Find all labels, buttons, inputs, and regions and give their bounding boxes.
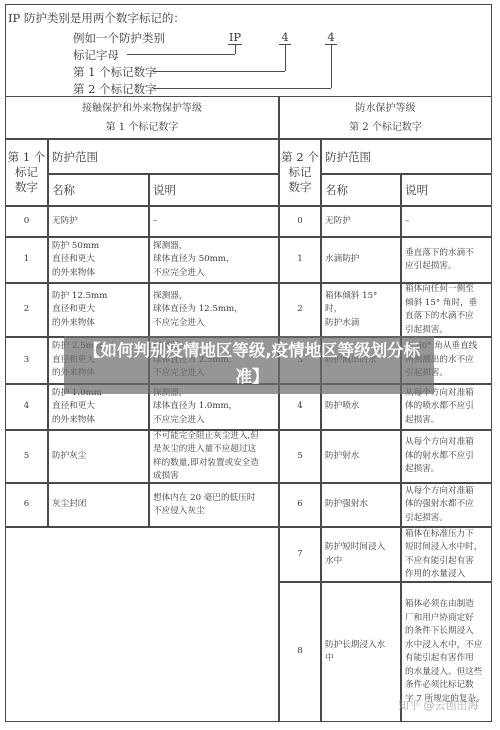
ip-code-diagram: IP 防护类别是用两个数字标记的： 例如一个防护类别 IP 4 4 标记字母 第… (5, 4, 492, 96)
leader-digit-1-v (285, 44, 286, 71)
leader-digit-2-v (331, 44, 332, 88)
right-row-desc: 垂直落下的水滴不应引起损害。 (401, 237, 492, 283)
right-row-digit: 2 (279, 283, 321, 337)
cell-line: 无防护 (52, 215, 78, 229)
right-row-desc: 从每个方向对准箱体的强射水都不应引起损害。 (401, 483, 492, 527)
cell-line: 从每个方向对准箱 (405, 485, 474, 499)
cell-line: 水中浸入水中，不应 (405, 639, 485, 653)
cell-line: 箱体向任何一侧至 (405, 283, 477, 297)
left-group-subtitle: 第 1 个标记数字 (106, 118, 179, 137)
right-row-desc: 箱体向任何一侧至倾斜 15° 角时，垂直落下的水滴不应引起损害。 (401, 283, 492, 337)
cell-line: 不可能完全阻止灰尘进入,但 (153, 430, 259, 444)
right-row-desc: – (401, 206, 492, 237)
cell-line: 引起损害。 (405, 324, 477, 338)
left-row-digit: 6 (5, 483, 48, 527)
cell-line: 防护长期浸入水 (325, 639, 385, 653)
right-row-name: 防护长期浸入水中 (321, 582, 401, 722)
left-row-desc: 探测器，球体直径为 50mm，不应完全进入 (149, 237, 279, 283)
right-col-digit-header: 第 2 个 标记 数字 (279, 139, 321, 206)
cell-line: 防护短时间浸入 (325, 541, 385, 555)
cell-line: 不应侵入灰尘 (153, 505, 255, 519)
cell-line: 体的射水都不应引 (405, 450, 474, 464)
left-row-name: 防护 12.5mm直径和更大的外来物体 (48, 283, 149, 337)
cell-line: 的水量浸入。但这些 (405, 666, 485, 680)
cell-line: 垂直落下的水滴不 (405, 247, 474, 261)
cell-line: 有能引起有害作用 (405, 652, 485, 666)
cell-line: 直径和更大 (52, 303, 107, 317)
cell-line: 防护喷水 (325, 400, 359, 414)
left-col-desc-header: 说明 (149, 174, 279, 206)
left-row-name: 无防护 (48, 206, 149, 237)
example-label: 例如一个防护类别 (73, 30, 165, 46)
cell-line: 短时间浸入水中时， (405, 541, 482, 555)
cell-line: 箱体必须在由制造 (405, 598, 485, 612)
left-row-desc: – (149, 206, 279, 237)
cell-line: 中 (325, 652, 385, 666)
cell-line: 不应完全进入 (153, 317, 243, 331)
left-row-digit: 3 (5, 337, 48, 384)
code-letters: IP (225, 30, 245, 44)
left-group-title: 接触保护和外来物保护等级 (82, 99, 202, 118)
header-line: 第 1 个 (8, 150, 46, 165)
label-letters: 标记字母 (73, 47, 119, 63)
header-line: 标记 (281, 165, 319, 180)
right-row-name: 防护射水 (321, 430, 401, 483)
cell-line: 水滴防护 (325, 253, 359, 267)
label-digit-2: 第 2 个标记数字 (73, 81, 157, 97)
cell-line: 水中 (325, 555, 385, 569)
cell-line: 防护 12.5mm (52, 290, 107, 304)
left-row-digit: 2 (5, 283, 48, 337)
cell-line: 直径和更大 (52, 400, 102, 414)
cell-line: 起损害。 (405, 463, 474, 477)
cell-line: 直径和更大 (52, 253, 99, 267)
cell-line: 应引起损害。 (405, 260, 474, 274)
cell-line: 的外来物体 (52, 414, 102, 428)
intro-title: IP 防护类别是用两个数字标记的： (8, 10, 185, 26)
right-col-name-header: 名称 (321, 174, 401, 206)
left-col-name-header: 名称 (48, 174, 149, 206)
left-row-desc: 探测器，球体直径为 12.5mm，不应完全进入 (149, 283, 279, 337)
left-row-digit: 5 (5, 430, 48, 483)
right-row-name: 防护强射水 (321, 483, 401, 527)
cell-line: 防护水滴 (325, 317, 397, 331)
header-line: 标记 (8, 165, 46, 180)
leader-digit-2 (153, 88, 331, 89)
left-row-desc: 不可能完全阻止灰尘进入,但是灰尘的进入量不应超过这样的数量,即对装置或安全造成损… (149, 430, 279, 483)
right-group-title: 防水保护等级 (356, 99, 416, 118)
cell-line: 防护 50mm (52, 240, 99, 254)
right-row-digit: 6 (279, 483, 321, 527)
name-label: 名称 (325, 182, 348, 198)
cell-line: 起损害。 (405, 414, 474, 428)
left-row-digit: 1 (5, 237, 48, 283)
cell-line: 的外来物体 (52, 267, 99, 281)
right-col-scope-header: 防护范围 (321, 139, 492, 174)
name-label: 名称 (52, 182, 75, 198)
cell-line: 直落下的水滴不应 (405, 310, 477, 324)
left-row-name: 防护灰尘 (48, 430, 149, 483)
right-group-subtitle: 第 2 个标记数字 (349, 118, 422, 137)
desc-label: 说明 (153, 182, 176, 198)
right-row-desc: 从每个方向对准箱体的射水都不应引起损害。 (401, 430, 492, 483)
right-row-digit: 1 (279, 237, 321, 283)
right-row-name: 无防护 (321, 206, 401, 237)
cell-line: 从每个方向对准箱 (405, 436, 474, 450)
left-group-header: 接触保护和外来物保护等级 第 1 个标记数字 (5, 96, 279, 139)
cell-line: 作用的水量浸入 (405, 568, 482, 582)
cell-line: 的条件下长期浸入 (405, 625, 485, 639)
cell-line: 倾斜 15° 角时，垂 (405, 297, 477, 311)
header-line: 数字 (281, 180, 319, 195)
header-line: 数字 (8, 180, 46, 195)
leader-digit-1 (153, 71, 285, 72)
cell-line: 成损害 (153, 470, 259, 484)
cell-line: 探测器， (153, 240, 235, 254)
leader-letters (127, 54, 235, 55)
right-row-name: 防护短时间浸入水中 (321, 527, 401, 582)
scope-label: 防护范围 (52, 149, 98, 165)
cell-line: 箱体在标准压力下 (405, 528, 482, 542)
cell-line: 厂和用户协商定好 (405, 612, 485, 626)
cell-line: 不应完全进入 (153, 414, 237, 428)
cell-line: 引起损害。 (405, 512, 474, 526)
cell-line: – (153, 215, 157, 229)
code-digit-2: 4 (321, 30, 341, 44)
right-row-digit: 0 (279, 206, 321, 237)
right-row-name: 箱体倾斜 15° 时，防护水滴 (321, 283, 401, 337)
cell-line: 条件必须比标记数 (405, 679, 485, 693)
cell-line: 不应完全进入 (153, 267, 235, 281)
left-row-digit: 0 (5, 206, 48, 237)
right-group-header: 防水保护等级 第 2 个标记数字 (279, 96, 492, 139)
cell-line: 是灰尘的进入量不应超过这 (153, 443, 259, 457)
scope-label: 防护范围 (325, 149, 371, 165)
desc-label: 说明 (405, 182, 428, 198)
cell-line: – (405, 215, 409, 229)
cell-line: 想体内在 20 毫巴的低压时 (153, 492, 255, 506)
cell-line: 探测器， (153, 290, 243, 304)
cell-line: 不应有能引起有害 (405, 555, 482, 569)
cell-line: 球体直径为 50mm， (153, 253, 235, 267)
left-col-digit-header: 第 1 个 标记 数字 (5, 139, 48, 206)
left-row-name: 灰尘封闭 (48, 483, 149, 527)
right-row-digit: 7 (279, 527, 321, 582)
right-col-desc-header: 说明 (401, 174, 492, 206)
cell-line: 防护灰尘 (52, 450, 86, 464)
cell-line: 无防护 (325, 215, 351, 229)
cell-line: 的外来物体 (52, 317, 107, 331)
right-row-digit: 5 (279, 430, 321, 483)
left-row-name: 防护 50mm直径和更大的外来物体 (48, 237, 149, 283)
header-line: 第 2 个 (281, 150, 319, 165)
cell-line: 球体直径为 1.0mm， (153, 400, 237, 414)
cell-line: 球体直径为 12.5mm， (153, 303, 243, 317)
right-row-digit: 8 (279, 582, 321, 722)
cell-line: 灰尘封闭 (52, 498, 86, 512)
left-row-desc: 想体内在 20 毫巴的低压时不应侵入灰尘 (149, 483, 279, 527)
cell-line: 体的喷水都不应引 (405, 400, 474, 414)
cell-line: 防护射水 (325, 450, 359, 464)
left-row-digit: 4 (5, 384, 48, 430)
watermark: 知乎 @云创出海 (398, 697, 479, 713)
left-col-scope-header: 防护范围 (48, 139, 279, 174)
right-row-desc: 箱体在标准压力下短时间浸入水中时，不应有能引起有害作用的水量浸入 (401, 527, 492, 582)
cell-line: 样的数量,即对装置或安全造 (153, 457, 259, 471)
headline-text: 【如何判别疫情地区等级,疫情地区等级划分标准】 (82, 338, 422, 390)
leader-letters-v (235, 44, 236, 54)
label-digit-1: 第 1 个标记数字 (73, 64, 157, 80)
cell-line: 体的强射水都不应 (405, 498, 474, 512)
code-digit-1: 4 (275, 30, 295, 44)
left-empty-area (5, 527, 279, 722)
right-row-name: 水滴防护 (321, 237, 401, 283)
cell-line: 防护强射水 (325, 498, 368, 512)
cell-line: 箱体倾斜 15° 时， (325, 290, 397, 317)
